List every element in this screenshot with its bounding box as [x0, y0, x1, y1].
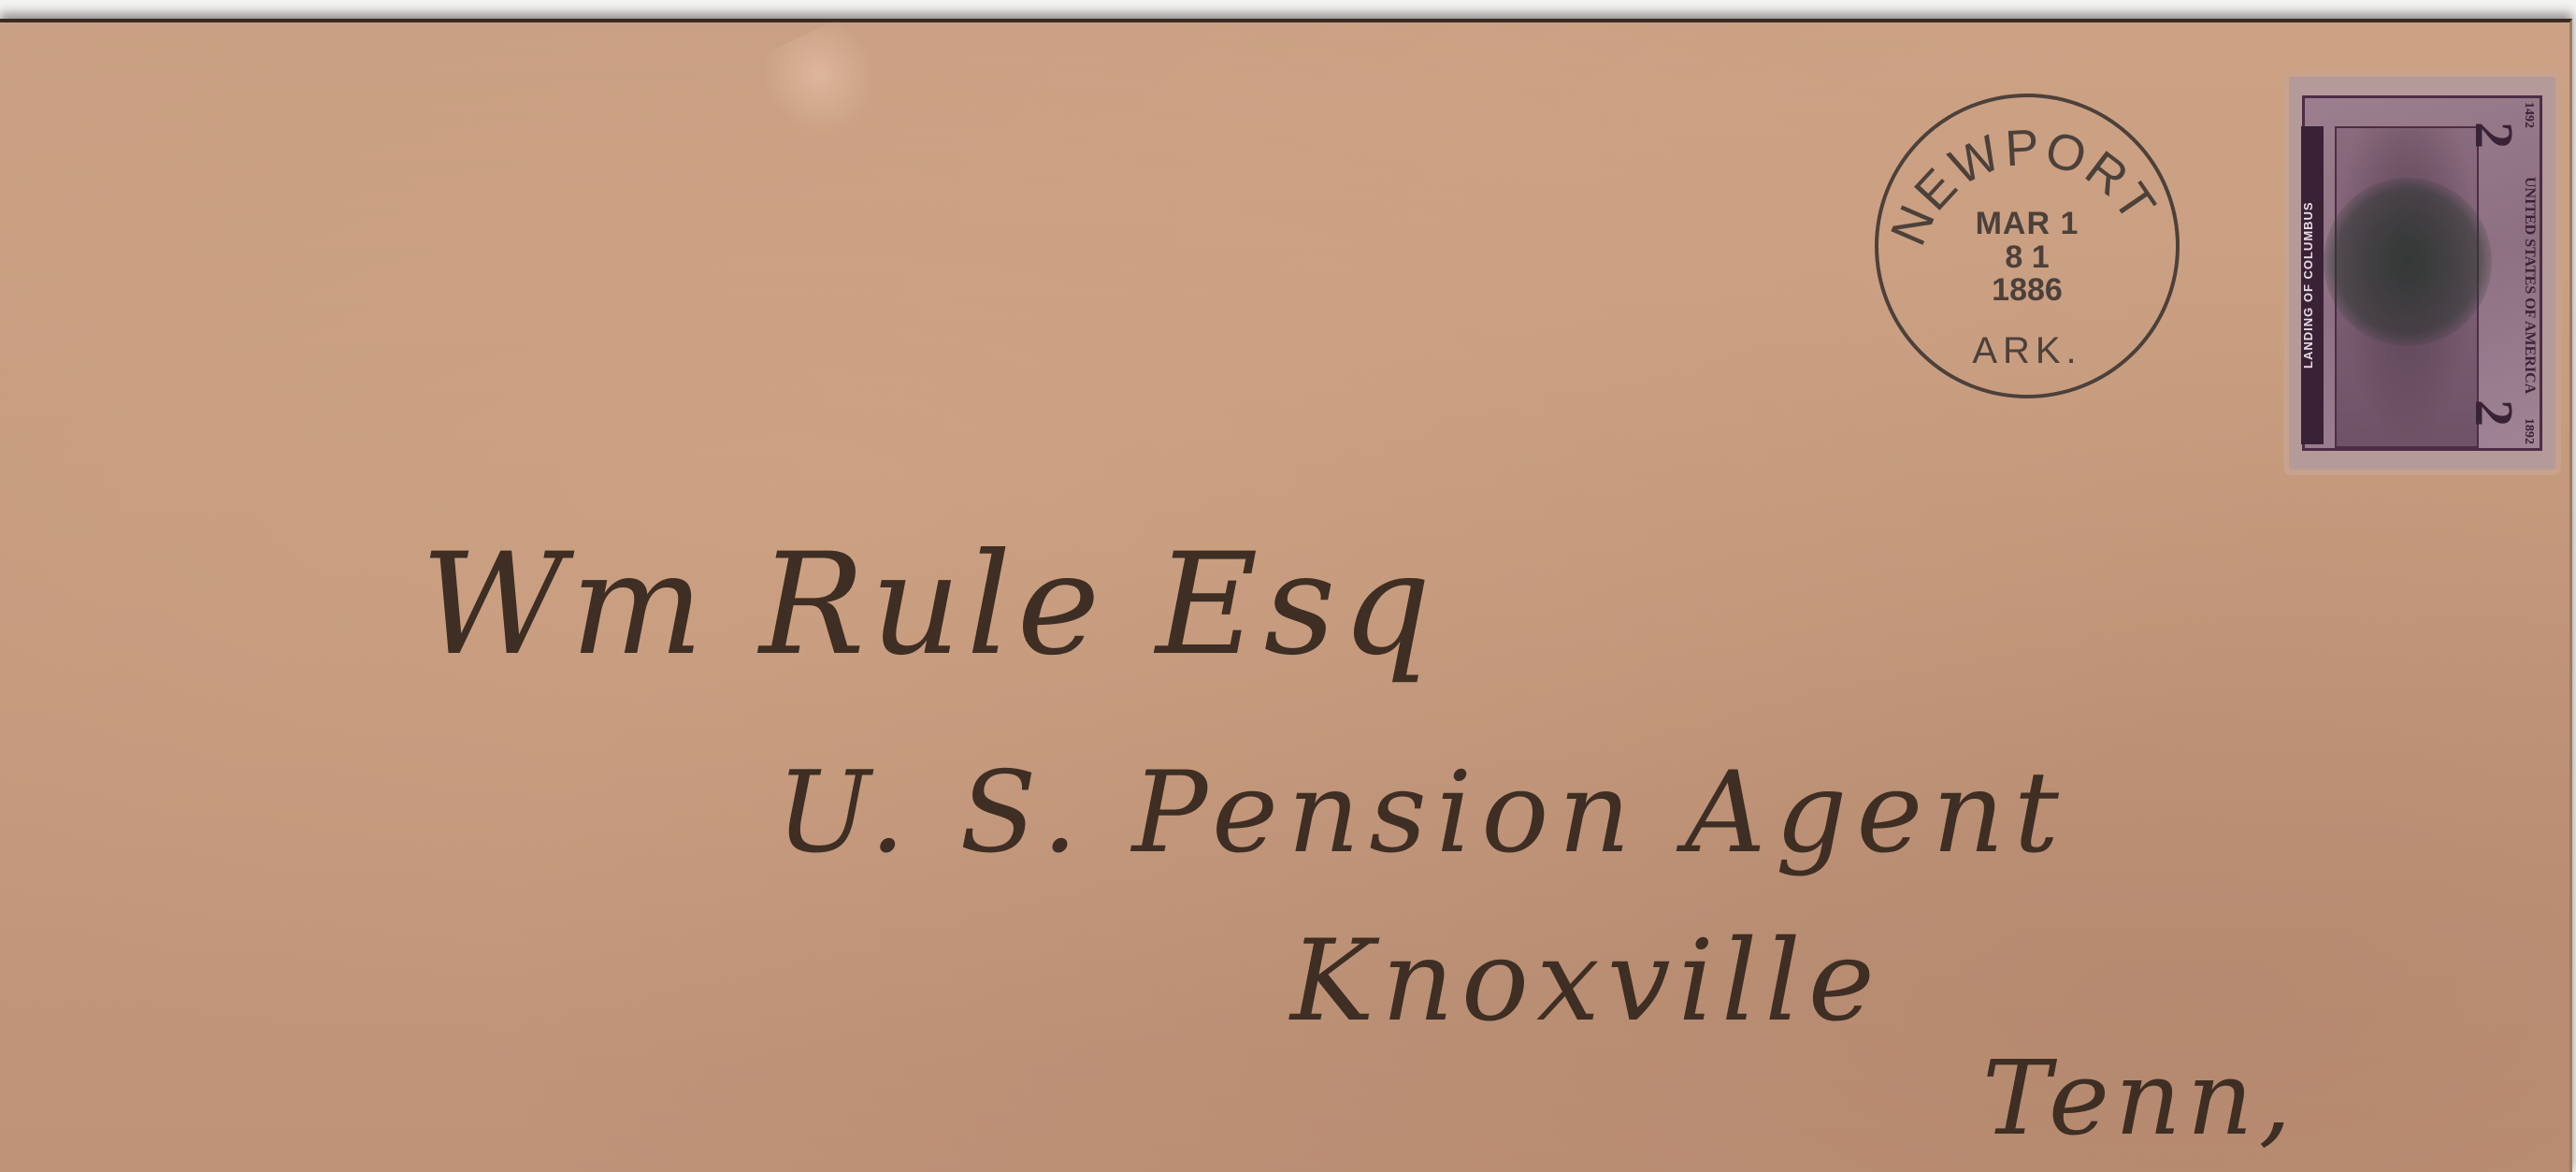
stamp-year-left: 1492 [2521, 102, 2536, 128]
postmark: NEWPORT MAR 1 8 1 1886 ARK. [1875, 94, 2180, 398]
cancellation-mark [2324, 178, 2492, 346]
postmark-year: 1886 [1878, 274, 2176, 308]
stamp-country: UNITED STATES OF AMERICA [2510, 126, 2538, 444]
address-state: Tenn, [1982, 1038, 2297, 1158]
stamp-value-bottom: 2 [2463, 399, 2526, 427]
stamp-year-right: 1892 [2521, 418, 2536, 444]
postmark-date: MAR 1 8 1 1886 [1878, 208, 2176, 308]
address-recipient: Wm Rule Esq [421, 524, 1437, 687]
postmark-month: MAR 1 [1878, 208, 2176, 241]
stamp-value-top: 2 [2463, 122, 2526, 149]
stamp-frame: LANDING OF COLUMBUS UNITED STATES OF AME… [2302, 95, 2542, 451]
scan-background: NEWPORT MAR 1 8 1 1886 ARK. LANDING OF C… [0, 0, 2576, 1172]
paper-crease [750, 13, 895, 153]
address-title: U. S. Pension Agent [776, 748, 2068, 878]
stamp-caption: LANDING OF COLUMBUS [2301, 126, 2324, 444]
postage-stamp: LANDING OF COLUMBUS UNITED STATES OF AME… [2289, 77, 2555, 470]
postmark-day: 8 1 [1878, 241, 2176, 275]
postmark-state: ARK. [1878, 330, 2176, 372]
address-city: Knoxville [1290, 917, 1882, 1047]
